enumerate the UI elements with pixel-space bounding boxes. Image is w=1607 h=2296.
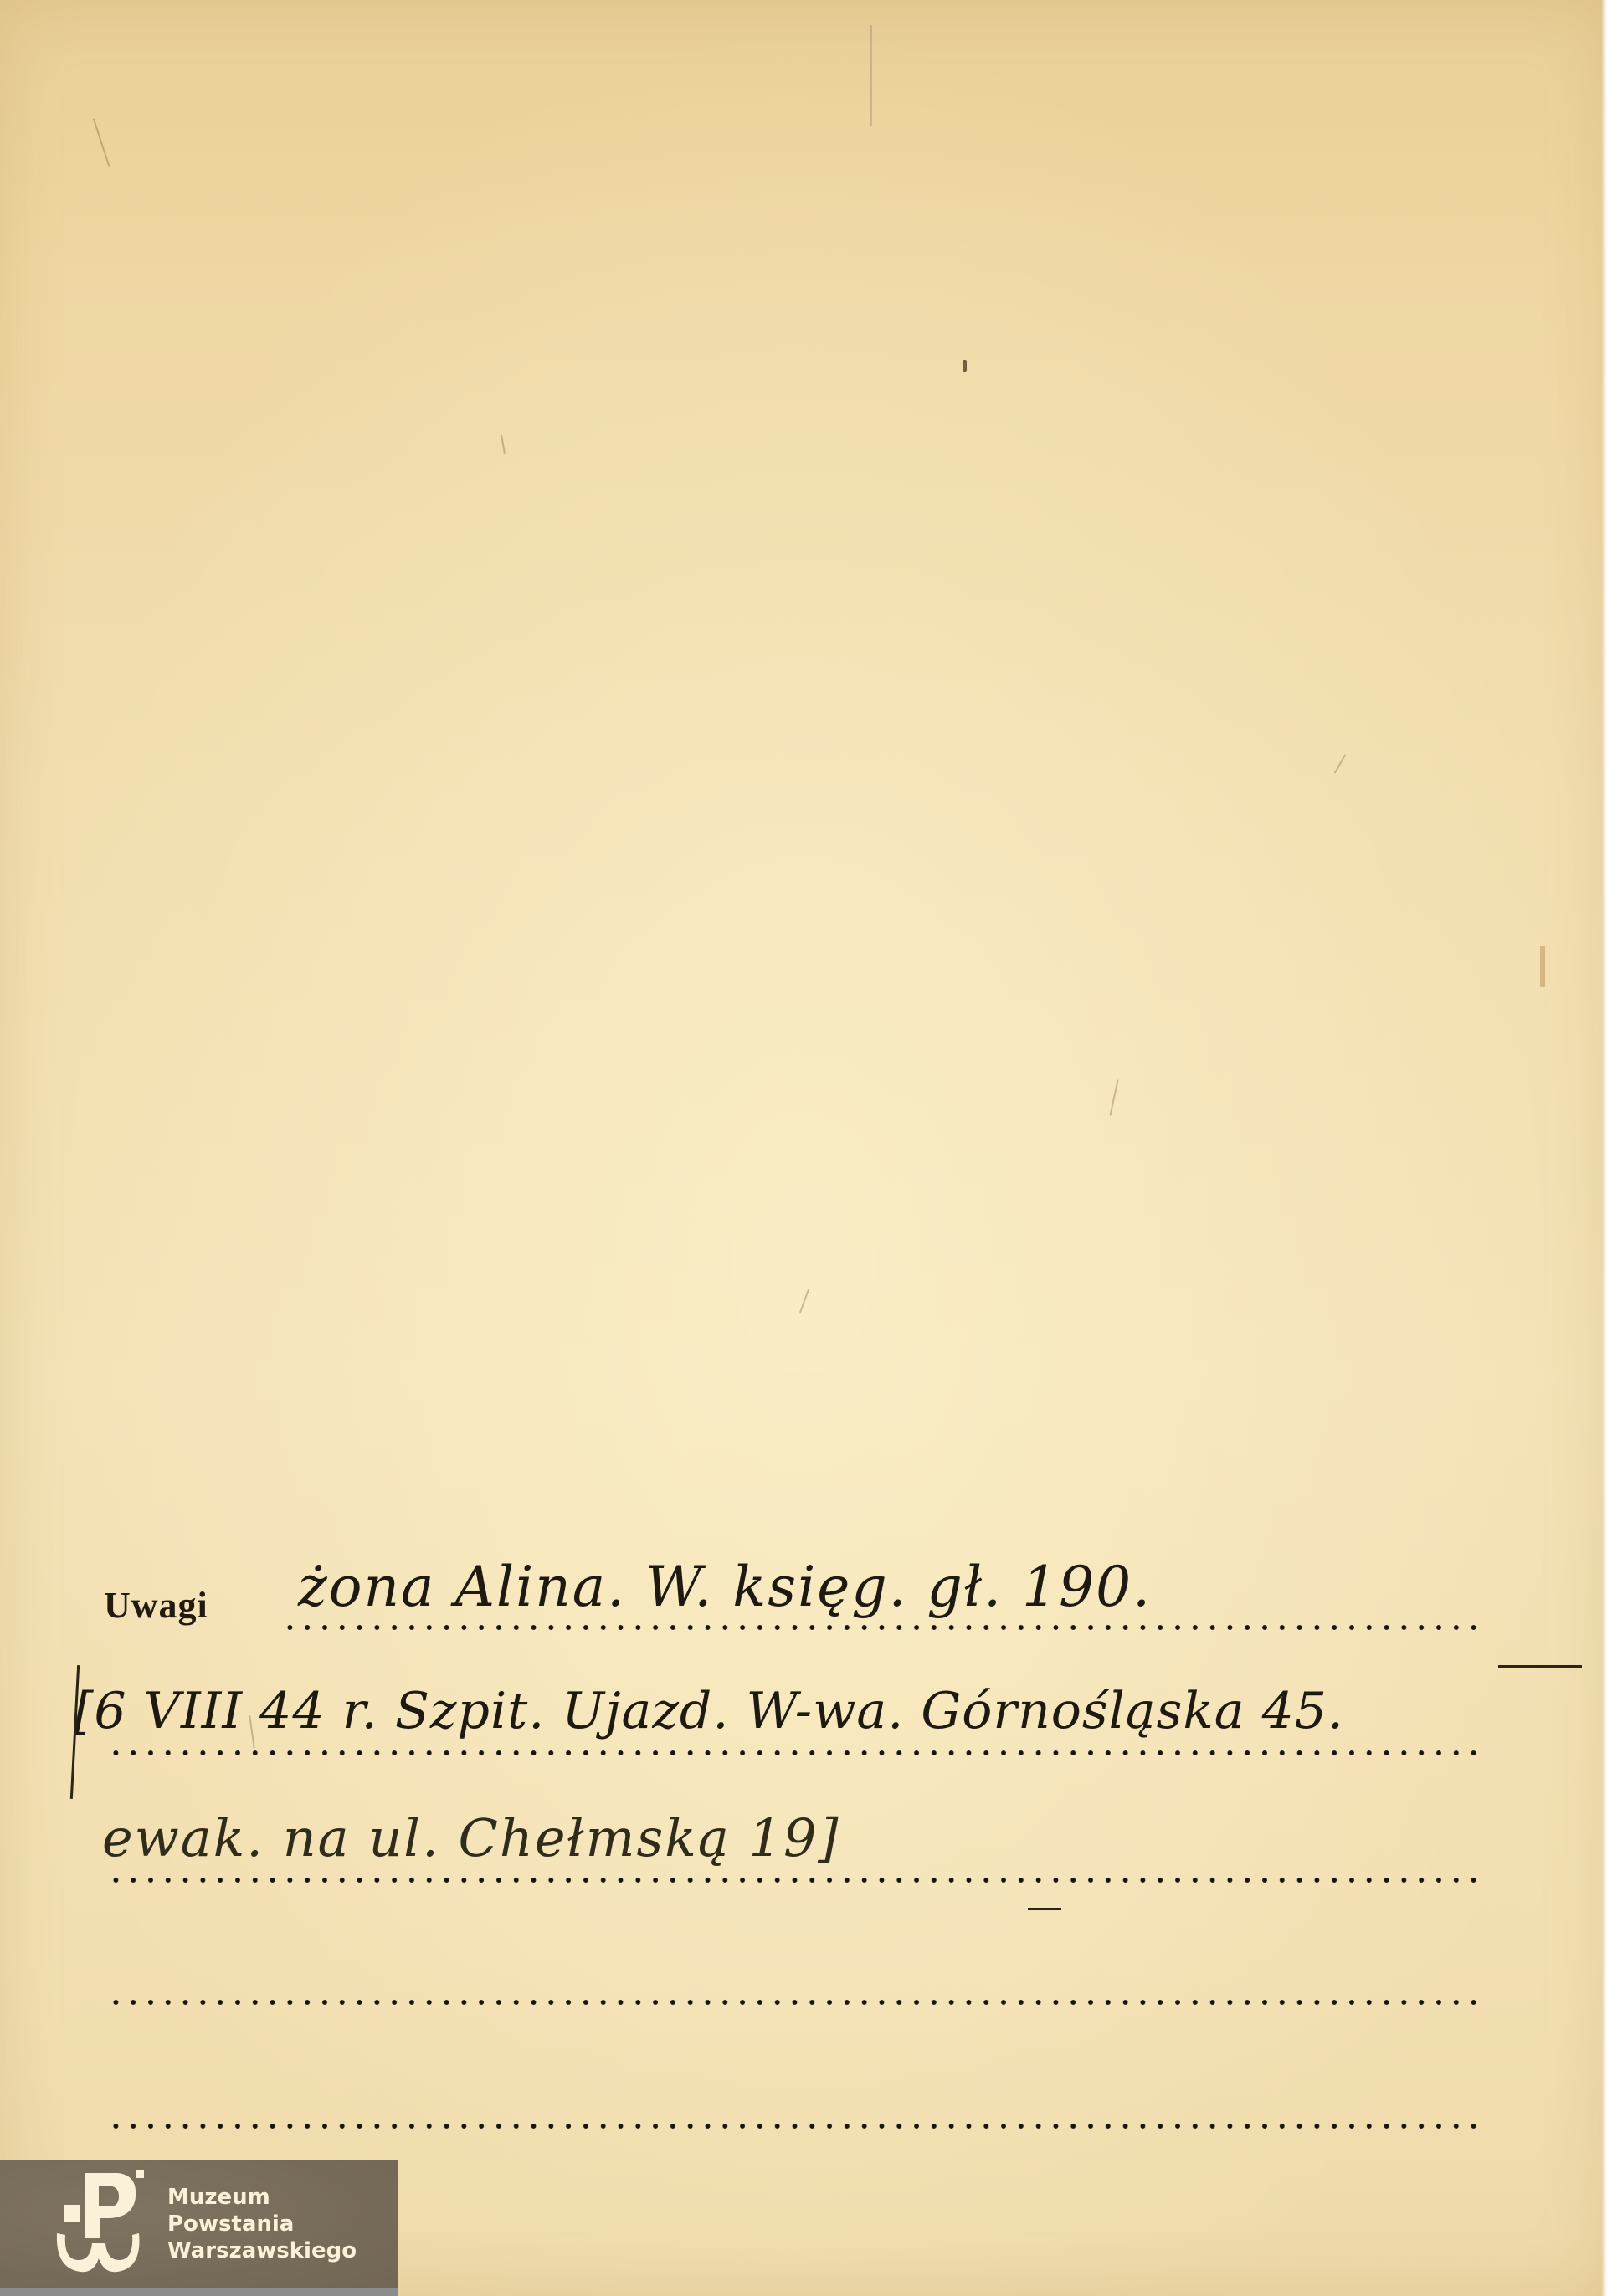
museum-watermark: Muzeum Powstania Warszawskiego — [0, 2160, 398, 2288]
dotted-line-5 — [107, 2124, 1486, 2129]
remarks-section: Uwagi żona Alina. W. księg. gł. 190. [6 … — [0, 0, 1607, 2296]
dotted-line-2 — [107, 1750, 1486, 1755]
museum-name-line-1: Muzeum — [167, 2184, 357, 2211]
kotwica-anchor-icon — [52, 2170, 144, 2278]
dotted-line-4 — [107, 2000, 1486, 2005]
handwritten-note-line-1: żona Alina. W. księg. gł. 190. — [298, 1555, 1152, 1619]
handwritten-note-line-3: ewak. na ul. Chełmską 19] — [102, 1807, 840, 1868]
dotted-line-1 — [281, 1625, 1486, 1630]
handwritten-note-line-2: [6 VIII 44 r. Szpit. Ujazd. W-wa. Górnoś… — [74, 1682, 1344, 1740]
museum-name-line-2: Powstania — [167, 2211, 357, 2237]
museum-name: Muzeum Powstania Warszawskiego — [167, 2184, 357, 2264]
bracket-mark-top-right — [1498, 1665, 1582, 1668]
museum-name-line-3: Warszawskiego — [167, 2237, 357, 2264]
bracket-mark-bottom — [1028, 1908, 1061, 1910]
scan-border — [0, 2288, 398, 2296]
dotted-line-3 — [107, 1878, 1486, 1883]
remarks-label: Uwagi — [104, 1584, 208, 1627]
